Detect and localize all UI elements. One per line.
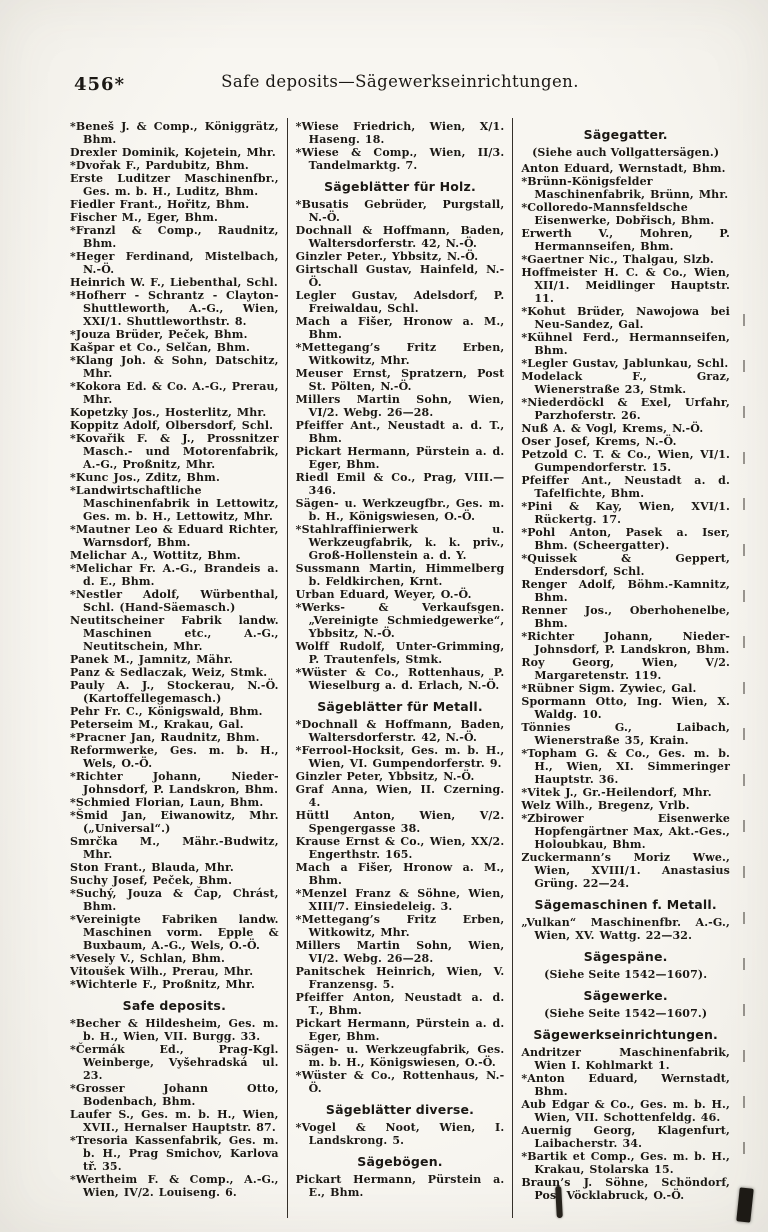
- page-header: 456* Safe deposits—Sägewerkseinrichtunge…: [70, 72, 730, 102]
- section-note: (Siehe Seite 1542—1607).: [521, 968, 730, 981]
- directory-entry: *Rübner Sigm. Zywiec, Gal.: [521, 682, 730, 695]
- directory-entry: Heinrich W. F., Liebenthal, Schl.: [70, 276, 279, 289]
- directory-entry: *Kohut Brüder, Nawojowa bei Neu-Sandez, …: [521, 305, 730, 331]
- directory-entry: Oser Josef, Krems, N.-Ö.: [521, 435, 730, 448]
- directory-entry: Renger Adolf, Böhm.-Kamnitz, Bhm.: [521, 578, 730, 604]
- directory-entry: Girtschall Gustav, Hainfeld, N.-Ö.: [296, 263, 505, 289]
- directory-entry: Reformwerke, Ges. m. b. H., Wels, O.-Ö.: [70, 744, 279, 770]
- directory-entry: Anton Eduard, Wernstadt, Bhm.: [521, 162, 730, 175]
- directory-entry: Legler Gustav, Adelsdorf, P. Freiwaldau,…: [296, 289, 505, 315]
- directory-entry: Koppitz Adolf, Olbersdorf, Schl.: [70, 419, 279, 432]
- section-heading: Sägeblätter für Metall.: [296, 700, 505, 714]
- directory-page: 456* Safe deposits—Sägewerkseinrichtunge…: [0, 0, 768, 1232]
- directory-entry: *Wichterle F., Proßnitz, Mhr.: [70, 978, 279, 991]
- directory-entry: *Klang Joh. & Sohn, Datschitz, Mhr.: [70, 354, 279, 380]
- directory-entry: Vitoušek Wilh., Prerau, Mhr.: [70, 965, 279, 978]
- directory-entry: *Legler Gustav, Jablunkau, Schl.: [521, 357, 730, 370]
- directory-entry: *Bartik et Comp., Ges. m. b. H., Krakau,…: [521, 1150, 730, 1176]
- directory-entry: Millers Martin Sohn, Wien, VI/2. Webg. 2…: [296, 393, 505, 419]
- directory-entry: *Richter Johann, Nieder-Johnsdorf, P. La…: [70, 770, 279, 796]
- directory-entry: Peterseim M., Krakau, Gal.: [70, 718, 279, 731]
- directory-entry: *Busatis Gebrüder, Purgstall, N.-Ö.: [296, 198, 505, 224]
- directory-entry: Ginzler Peter, Ybbsitz, N.-Ö.: [296, 770, 505, 783]
- directory-entry: Hoffmeister H. C. & Co., Wien, XII/1. Me…: [521, 266, 730, 305]
- section-heading: Sägespäne.: [521, 950, 730, 964]
- section-heading: Sägemaschinen f. Metall.: [521, 898, 730, 912]
- directory-entry: Ginzler Peter., Ybbsitz, N.-Ö.: [296, 250, 505, 263]
- directory-entry: *Schmied Florian, Laun, Bhm.: [70, 796, 279, 809]
- directory-entry: *Colloredo-Mannsfeldsche Eisenwerke, Dob…: [521, 201, 730, 227]
- directory-entry: Drexler Dominik, Kojetein, Mhr.: [70, 146, 279, 159]
- directory-entry: *Vereinigte Fabriken landw. Maschinen vo…: [70, 913, 279, 952]
- directory-entry: Fiedler Frant., Hořitz, Bhm.: [70, 198, 279, 211]
- directory-entry: Kašpar et Co., Selčan, Bhm.: [70, 341, 279, 354]
- section-heading: Sägeblätter für Holz.: [296, 180, 505, 194]
- directory-entry: *Topham G. & Co., Ges. m. b. H., Wien, X…: [521, 747, 730, 786]
- directory-entry: Smrčka M., Mähr.-Budwitz, Mhr.: [70, 835, 279, 861]
- directory-entry: Mach a Fišer, Hronow a. M., Bhm.: [296, 861, 505, 887]
- directory-entry: *Becher & Hildesheim, Ges. m. b. H., Wie…: [70, 1017, 279, 1043]
- directory-entry: Petzold C. T. & Co., Wien, VI/1. Gumpend…: [521, 448, 730, 474]
- column-3: Sägegatter.(Siehe auch Vollgattersägen.)…: [512, 118, 732, 1218]
- directory-entry: Fischer M., Eger, Bhm.: [70, 211, 279, 224]
- directory-entry: Laufer S., Ges. m. b. H., Wien, XVII., H…: [70, 1108, 279, 1134]
- section-heading: Sägegatter.: [521, 128, 730, 142]
- directory-entry: *Zbirower Eisenwerke Hopfengärtner Max, …: [521, 812, 730, 851]
- directory-entry: Mach a Fišer, Hronow a. M., Bhm.: [296, 315, 505, 341]
- directory-entry: *Wertheim F. & Comp., A.-G., Wien, IV/2.…: [70, 1173, 279, 1199]
- directory-entry: Pehr Fr. C., Königswald, Bhm.: [70, 705, 279, 718]
- directory-entry: *Brünn-Königsfelder Maschinenfabrik, Brü…: [521, 175, 730, 201]
- directory-entry: *Pini & Kay, Wien, XVI/1. Rückertg. 17.: [521, 500, 730, 526]
- directory-entry: *Niederdöckl & Exel, Urfahr, Parzhoferst…: [521, 396, 730, 422]
- directory-entry: *Anton Eduard, Wernstadt, Bhm.: [521, 1072, 730, 1098]
- scan-corner-artifact: [736, 1187, 753, 1222]
- section-heading: Safe deposits.: [70, 999, 279, 1013]
- directory-entry: Ston Frant., Blauda, Mhr.: [70, 861, 279, 874]
- directory-entry: *Heger Ferdinand, Mistelbach, N.-Ö.: [70, 250, 279, 276]
- directory-entry: *Beneš J. & Comp., Königgrätz, Bhm.: [70, 120, 279, 146]
- directory-entry: *Mettegang’s Fritz Erben, Witkowitz, Mhr…: [296, 913, 505, 939]
- directory-entry: *Pohl Anton, Pasek a. Iser, Bhm. (Scheer…: [521, 526, 730, 552]
- scan-edge-artifact: [743, 280, 745, 1212]
- directory-entry: Millers Martin Sohn, Wien, VI/2. Webg. 2…: [296, 939, 505, 965]
- directory-entry: Pfeiffer Anton, Neustadt a. d. T., Bhm.: [296, 991, 505, 1017]
- directory-entry: Roy Georg, Wien, V/2. Margaretenstr. 119…: [521, 656, 730, 682]
- directory-entry: Braun’s J. Söhne, Schöndorf, Post Vöckla…: [521, 1176, 730, 1202]
- directory-entry: Sägen- u. Werkzeugfbr., Ges. m. b. H., K…: [296, 497, 505, 523]
- directory-entry: Panek M., Jamnitz, Mähr.: [70, 653, 279, 666]
- directory-entry: Riedl Emil & Co., Prag, VIII.—346.: [296, 471, 505, 497]
- directory-entry: *Vogel & Noot, Wien, I. Landskrong. 5.: [296, 1121, 505, 1147]
- directory-entry: *Tresoria Kassenfabrik, Ges. m. b. H., P…: [70, 1134, 279, 1173]
- directory-entry: Krause Ernst & Co., Wien, XX/2. Engerths…: [296, 835, 505, 861]
- directory-entry: *Stahlraffinierwerk u. Werkzeugfabrik, k…: [296, 523, 505, 562]
- directory-entry: Sussmann Martin, Himmelberg b. Feldkirch…: [296, 562, 505, 588]
- directory-entry: Graf Anna, Wien, II. Czerning. 4.: [296, 783, 505, 809]
- directory-entry: Neutitscheiner Fabrik landw. Maschinen e…: [70, 614, 279, 653]
- directory-entry: Meuser Ernst, Spratzern, Post St. Pölten…: [296, 367, 505, 393]
- directory-entry: *Čermák Ed., Prag-Kgl. Weinberge, Vyšehr…: [70, 1043, 279, 1082]
- directory-entry: *Wüster & Co., Rottenhaus, P. Wieselburg…: [296, 666, 505, 692]
- directory-entry: *Vesely V., Schlan, Bhm.: [70, 952, 279, 965]
- directory-entry: *Suchý, Jouza & Čap, Chrást, Bhm.: [70, 887, 279, 913]
- section-note: (Siehe auch Vollgattersägen.): [521, 146, 730, 159]
- directory-entry: Andritzer Maschinenfabrik, Wien I. Kohlm…: [521, 1046, 730, 1072]
- directory-entry: *Franzl & Comp., Raudnitz, Bhm.: [70, 224, 279, 250]
- directory-entry: *Hofherr - Schrantz - Clayton-Shuttlewor…: [70, 289, 279, 328]
- directory-entry: Pickart Hermann, Pürstein a. d. Eger, Bh…: [296, 445, 505, 471]
- directory-entry: *Dvořak F., Pardubitz, Bhm.: [70, 159, 279, 172]
- directory-entry: *Landwirtschaftliche Maschinenfabrik in …: [70, 484, 279, 523]
- directory-entry: Modelack F., Graz, Wienerstraße 23, Stmk…: [521, 370, 730, 396]
- directory-entry: Pickart Hermann, Pürstein a. E., Bhm.: [296, 1173, 505, 1199]
- columns: *Beneš J. & Comp., Königgrätz, Bhm.Drexl…: [70, 118, 732, 1218]
- directory-entry: *Nestler Adolf, Würbenthal, Schl. (Hand-…: [70, 588, 279, 614]
- directory-entry: *Dochnall & Hoffmann, Baden, Waltersdorf…: [296, 718, 505, 744]
- section-heading: Sägewerke.: [521, 989, 730, 1003]
- directory-entry: Hüttl Anton, Wien, V/2. Spengergasse 38.: [296, 809, 505, 835]
- directory-entry: *Grosser Johann Otto, Bodenbach, Bhm.: [70, 1082, 279, 1108]
- page-number: 456*: [74, 74, 125, 95]
- directory-entry: *Ferrool-Hocksit, Ges. m. b. H., Wien, V…: [296, 744, 505, 770]
- directory-entry: Pfeiffer Ant., Neustadt a. d. T., Bhm.: [296, 419, 505, 445]
- directory-entry: *Mettegang’s Fritz Erben, Witkowitz, Mhr…: [296, 341, 505, 367]
- directory-entry: „Vulkan“ Maschinenfbr. A.-G., Wien, XV. …: [521, 916, 730, 942]
- directory-entry: Erste Luditzer Maschinenfbr., Ges. m. b.…: [70, 172, 279, 198]
- directory-entry: *Wiese & Comp., Wien, II/3. Tandelmarktg…: [296, 146, 505, 172]
- directory-entry: Wolff Rudolf, Unter-Grimming, P. Trauten…: [296, 640, 505, 666]
- directory-entry: *Melichar Fr. A.-G., Brandeis a. d. E., …: [70, 562, 279, 588]
- column-1: *Beneš J. & Comp., Königgrätz, Bhm.Drexl…: [70, 118, 287, 1218]
- directory-entry: *Kovařik F. & J., Prossnitzer Masch.- un…: [70, 432, 279, 471]
- directory-entry: Pauly A. J., Stockerau, N.-Ö. (Kartoffel…: [70, 679, 279, 705]
- directory-entry: Suchy Josef, Peček, Bhm.: [70, 874, 279, 887]
- directory-entry: *Kühnel Ferd., Hermannseifen, Bhm.: [521, 331, 730, 357]
- section-heading: Sägewerkseinrichtungen.: [521, 1028, 730, 1042]
- directory-entry: *Kunc Jos., Zditz, Bhm.: [70, 471, 279, 484]
- directory-entry: Erwerth V., Mohren, P. Hermannseifen, Bh…: [521, 227, 730, 253]
- directory-entry: Kopetzky Jos., Hosterlitz, Mhr.: [70, 406, 279, 419]
- directory-entry: *Šmid Jan, Eiwanowitz, Mhr. („Universal“…: [70, 809, 279, 835]
- section-heading: Sägeblätter diverse.: [296, 1103, 505, 1117]
- directory-entry: *Jouza Brüder, Peček, Bhm.: [70, 328, 279, 341]
- directory-entry: Nuß A. & Vogl, Krems, N.-Ö.: [521, 422, 730, 435]
- directory-entry: Melichar A., Wottitz, Bhm.: [70, 549, 279, 562]
- directory-entry: Welz Wilh., Bregenz, Vrlb.: [521, 799, 730, 812]
- column-2: *Wiese Friedrich, Wien, X/1. Haseng. 18.…: [287, 118, 513, 1218]
- directory-entry: *Quissek & Geppert, Endersdorf, Schl.: [521, 552, 730, 578]
- directory-entry: Dochnall & Hoffmann, Baden, Waltersdorfe…: [296, 224, 505, 250]
- directory-entry: *Wiese Friedrich, Wien, X/1. Haseng. 18.: [296, 120, 505, 146]
- directory-entry: Panz & Sedlaczak, Weiz, Stmk.: [70, 666, 279, 679]
- directory-entry: Pickart Hermann, Pürstein a. d. Eger, Bh…: [296, 1017, 505, 1043]
- directory-entry: *Vitek J., Gr.-Heilendorf, Mhr.: [521, 786, 730, 799]
- directory-entry: *Menzel Franz & Söhne, Wien, XIII/7. Ein…: [296, 887, 505, 913]
- directory-entry: Aub Edgar & Co., Ges. m. b. H., Wien, VI…: [521, 1098, 730, 1124]
- directory-entry: Pfeiffer Ant., Neustadt a. d. Tafelficht…: [521, 474, 730, 500]
- directory-entry: *Pracner Jan, Raudnitz, Bhm.: [70, 731, 279, 744]
- directory-entry: Urban Eduard, Weyer, O.-Ö.: [296, 588, 505, 601]
- section-note: (Siehe Seite 1542—1607.): [521, 1007, 730, 1020]
- directory-entry: *Mautner Leo & Eduard Richter, Warnsdorf…: [70, 523, 279, 549]
- directory-entry: Panitschek Heinrich, Wien, V. Franzensg.…: [296, 965, 505, 991]
- directory-entry: Sägen- u. Werkzeugfabrik, Ges. m. b. H.,…: [296, 1043, 505, 1069]
- directory-entry: *Wüster & Co., Rottenhaus, N.-Ö.: [296, 1069, 505, 1095]
- directory-entry: *Werks- & Verkaufsgen. „Vereinigte Schmi…: [296, 601, 505, 640]
- directory-entry: Zuckermann’s Moriz Wwe., Wien, XVIII/1. …: [521, 851, 730, 890]
- directory-entry: *Gaertner Nic., Thalgau, Slzb.: [521, 253, 730, 266]
- directory-entry: *Richter Johann, Nieder-Johnsdorf, P. La…: [521, 630, 730, 656]
- directory-entry: Auernig Georg, Klagenfurt, Laibacherstr.…: [521, 1124, 730, 1150]
- directory-entry: Spormann Otto, Ing. Wien, X. Waldg. 10.: [521, 695, 730, 721]
- section-heading: Sägebögen.: [296, 1155, 505, 1169]
- page-title: Safe deposits—Sägewerkseinrichtungen.: [70, 72, 730, 91]
- directory-entry: Renner Jos., Oberhohenelbe, Bhm.: [521, 604, 730, 630]
- directory-entry: *Kokora Ed. & Co. A.-G., Prerau, Mhr.: [70, 380, 279, 406]
- directory-entry: Tönnies G., Laibach, Wienerstraße 35, Kr…: [521, 721, 730, 747]
